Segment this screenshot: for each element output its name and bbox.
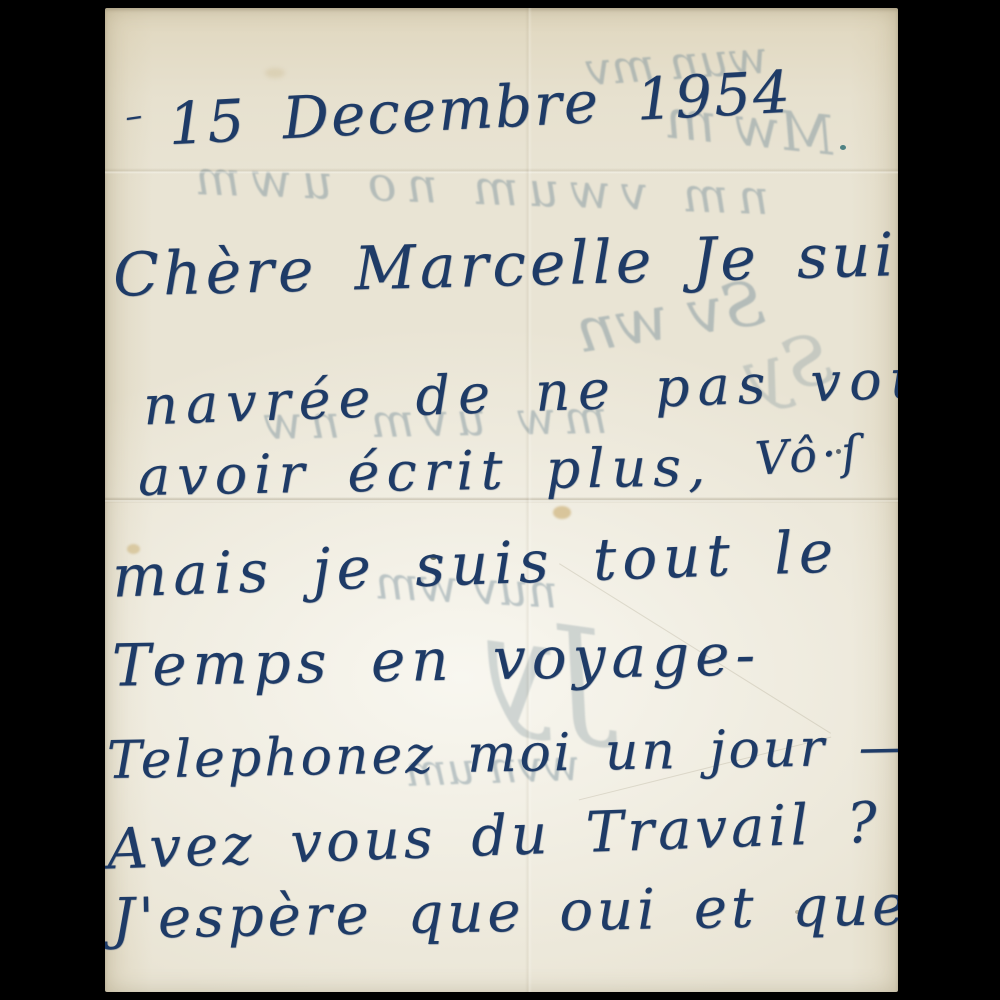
handwriting-line: mais je suis tout le — [111, 517, 840, 610]
bleedthrough-ghost-writing: Jy — [475, 590, 615, 750]
bleedthrough-ghost-writing: nm vwum no uwm — [184, 150, 770, 226]
paper-crease — [579, 737, 832, 801]
ink-scribble: Vô·ſ — [753, 424, 865, 485]
ink-speck — [430, 554, 437, 560]
handwriting-line-salutation: Chère Marcelle Je suis — [112, 219, 898, 310]
ink-speck — [840, 145, 846, 150]
fold-line-horizontal-middle — [105, 497, 898, 503]
photo-background: wun mv nm vwum no uwm Mw m Sv wn mw uvm … — [0, 0, 1000, 1000]
handwriting-line: avoir écrit plus, — [137, 435, 712, 508]
handwriting-line: navrée de ne pas vous — [142, 346, 898, 438]
handwriting-line: Avez vous du Travail ? — [106, 791, 882, 883]
fold-line-horizontal-upper — [105, 168, 898, 174]
handwriting-line: Telephonez moi un jour — — [107, 717, 898, 791]
paper-stain — [265, 68, 285, 78]
fold-line-vertical — [525, 8, 532, 992]
letter-paper: wun mv nm vwum no uwm Mw m Sv wn mw uvm … — [105, 8, 898, 992]
paper-stain — [795, 910, 800, 914]
paper-crease — [559, 563, 831, 733]
bleedthrough-ghost-writing: wun mv — [583, 30, 769, 97]
bleedthrough-ghost-writing: mw uvm nw — [255, 390, 608, 450]
paper-stain — [553, 506, 571, 519]
handwritten-date: 15 Decembre 1954 — [167, 58, 794, 159]
bleedthrough-ghost-writing: wvn um — [404, 740, 581, 797]
paper-stain — [127, 544, 140, 554]
ink-dash-mark: – — [122, 95, 144, 137]
handwriting-line: J'espère que oui et que — [111, 873, 898, 952]
bleedthrough-ghost-writing: Mw m — [662, 87, 838, 167]
ink-speck — [836, 449, 841, 454]
bleedthrough-ghost-writing: Sv wn — [570, 266, 769, 368]
handwriting-line: Temps en voyage- — [111, 620, 761, 699]
bleedthrough-ghost-writing: nuv wm — [374, 555, 559, 618]
bleedthrough-ghost-writing: Sy — [736, 317, 841, 418]
